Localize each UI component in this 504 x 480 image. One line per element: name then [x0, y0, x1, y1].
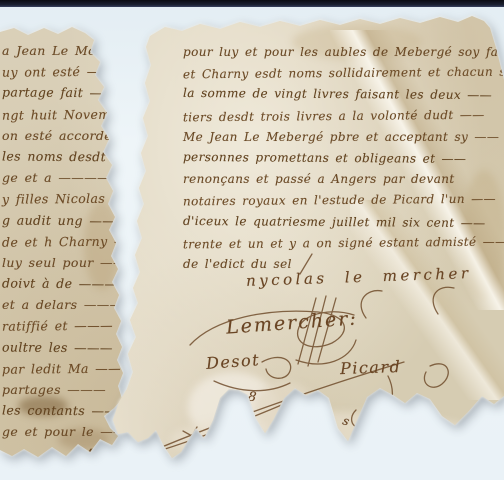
scan-edge-bar	[0, 0, 504, 7]
signature-flourish-strokes	[0, 0, 504, 480]
right-manuscript-page: pour luy et pour les aubles de Mebergé s…	[0, 0, 504, 480]
manuscript-photo: a Jean Le Mebergé uy ont esté ——— partag…	[0, 0, 504, 480]
paper-stain	[170, 412, 490, 467]
right-page-shadow: pour luy et pour les aubles de Mebergé s…	[0, 0, 504, 480]
